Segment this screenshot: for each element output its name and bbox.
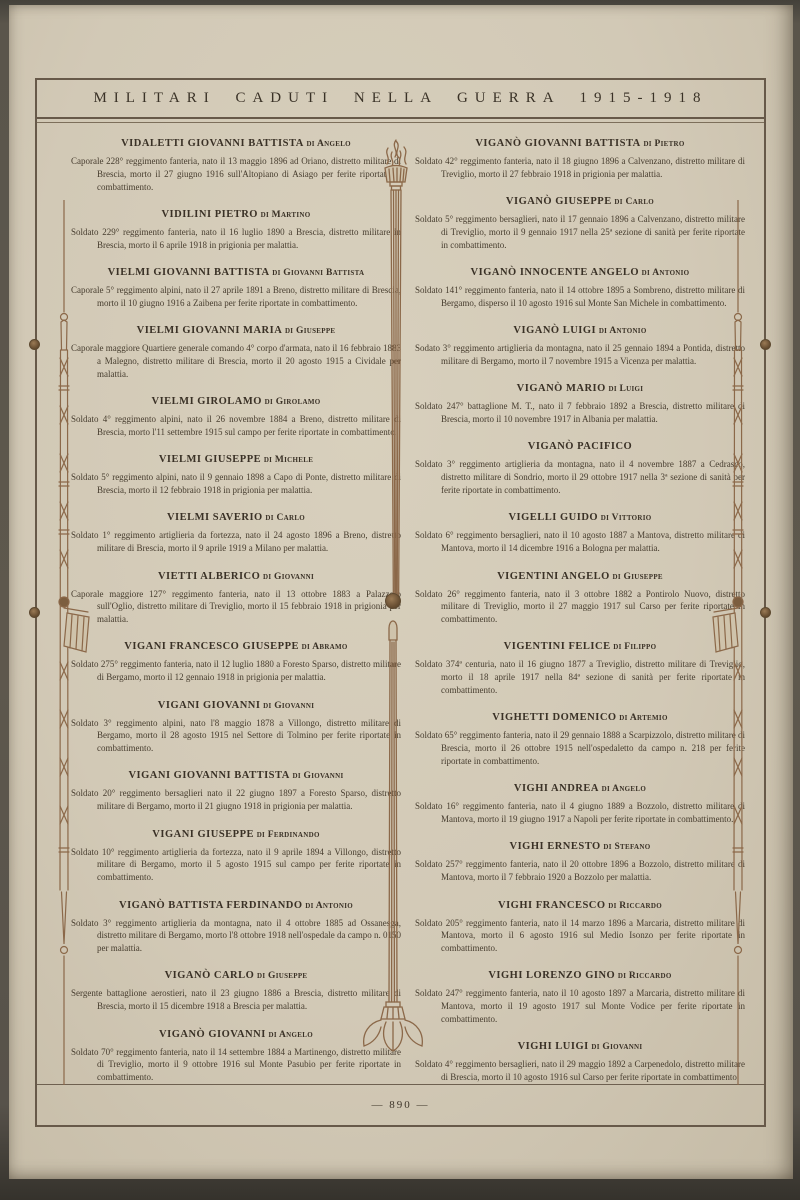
soldier-record: Soldato 3° reggimento artiglieria da mon… [415,458,745,496]
soldier-record: Soldato 20° reggimento bersaglieri nato … [71,787,401,813]
soldier-record: Sodato 3° reggimento artiglieria da mont… [415,342,745,368]
title-divider-rule [37,122,764,123]
casualty-entry: VIDILINI PIETRO di Martino Soldato 229° … [71,209,401,252]
rosette-icon [385,593,401,609]
casualty-entry: VIGENTINI ANGELO di Giuseppe Soldato 26°… [415,571,745,626]
soldier-record: Soldato 247° battaglione M. T., nato il … [415,400,745,426]
rosette-icon [760,607,771,618]
soldier-name: VIGENTINI FELICE di Filippo [415,641,745,652]
casualty-entry: VIGANÒ GIUSEPPE di Carlo Soldato 5° regg… [415,196,745,251]
soldier-name: VIGANÒ MARIO di Luigi [415,383,745,394]
casualty-entry: VIGANI FRANCESCO GIUSEPPE di Abramo Sold… [71,641,401,684]
soldier-record: Soldato 275° reggimento fanteria, nato i… [71,658,401,684]
soldier-name: VIELMI GIOVANNI MARIA di Giuseppe [71,325,401,336]
soldier-record: Soldato 65° reggimento fanteria, nato il… [415,729,745,767]
soldier-record: Soldato 205° reggimento fanteria, nato i… [415,917,745,955]
casualty-entry: VIGHI LUIGI di Giovanni Soldato 4° reggi… [415,1041,745,1084]
soldier-record: Soldato 141° reggimento fanteria, nato i… [415,284,745,310]
casualty-entry: VIGANI GIUSEPPE di Ferdinando Soldato 10… [71,829,401,884]
soldier-record: Soldato 4° reggimento bersaglieri, nato … [415,1058,745,1084]
soldier-record: Soldato 3° reggimento artiglieria da mon… [71,917,401,955]
casualty-entry: VIGANÒ PACIFICO Soldato 3° reggimento ar… [415,441,745,496]
casualty-entry: VIGHETTI DOMENICO di Artemio Soldato 65°… [415,712,745,767]
soldier-name: VIGANÒ GIUSEPPE di Carlo [415,196,745,207]
soldier-name: VIGENTINI ANGELO di Giuseppe [415,571,745,582]
soldier-record: Soldato 247° reggimento fanteria, nato i… [415,987,745,1025]
soldier-name: VIGANI GIOVANNI BATTISTA di Giovanni [71,770,401,781]
casualty-entry: VIGHI ANDREA di Angelo Soldato 16° reggi… [415,783,745,826]
soldier-name: VIGHETTI DOMENICO di Artemio [415,712,745,723]
casualty-entry: VIGELLI GUIDO di Vittorio Soldato 6° reg… [415,512,745,555]
soldier-name: VIGANÒ CARLO di Giuseppe [71,970,401,981]
soldier-record: Soldato 229° reggimento fanteria, nato i… [71,226,401,252]
soldier-name: VIGHI LORENZO GINO di Riccardo [415,970,745,981]
casualty-entry: VIGHI ERNESTO di Stefano Soldato 257° re… [415,841,745,884]
page-number: — 890 — [372,1099,430,1111]
soldier-name: VIETTI ALBERICO di Giovanni [71,571,401,582]
soldier-name: VIGELLI GUIDO di Vittorio [415,512,745,523]
soldier-record: Soldato 257° reggimento fanteria, nato i… [415,858,745,884]
casualty-entry: VIGANÒ GIOVANNI di Angelo Soldato 70° re… [71,1029,401,1084]
book-page: MILITARI CADUTI NELLA GUERRA 1915-1918 V… [9,5,793,1179]
soldier-name: VIGHI ANDREA di Angelo [415,783,745,794]
soldier-name: VIGANÒ BATTISTA FERDINANDO di Antonio [71,900,401,911]
casualty-entry: VIGANÒ CARLO di Giuseppe Sergente battag… [71,970,401,1013]
casualty-entry: VIGHI LORENZO GINO di Riccardo Soldato 2… [415,970,745,1025]
casualty-entry: VIGANÒ BATTISTA FERDINANDO di Antonio So… [71,900,401,955]
rosette-icon [760,339,771,350]
soldier-record: Soldato 5° reggimento alpini, nato il 9 … [71,471,401,497]
soldier-name: VIGANI FRANCESCO GIUSEPPE di Abramo [71,641,401,652]
soldier-record: Soldato 10° reggimento artiglieria da fo… [71,846,401,884]
soldier-name: VIGHI FRANCESCO di Riccardo [415,900,745,911]
soldier-record: Soldato 374ª centuria, nato il 16 giugno… [415,658,745,696]
casualty-entry: VIELMI GIOVANNI MARIA di Giuseppe Capora… [71,325,401,380]
soldier-record: Caporale maggiore 127° reggimento fanter… [71,588,401,626]
soldier-record: Caporale 5° reggimento alpini, nato il 2… [71,284,401,310]
casualty-entry: VIELMI GIOVANNI BATTISTA di Giovanni Bat… [71,267,401,310]
casualty-entry: VIGANÒ LUIGI di Antonio Sodato 3° reggim… [415,325,745,368]
soldier-name: VIGHI LUIGI di Giovanni [415,1041,745,1052]
casualty-entry: VIELMI SAVERIO di Carlo Soldato 1° reggi… [71,512,401,555]
soldier-record: Soldato 16° reggimento fanteria, nato il… [415,800,745,826]
soldier-name: VIELMI GIUSEPPE di Michele [71,454,401,465]
rosette-icon [29,339,40,350]
rosette-icon [29,607,40,618]
soldier-record: Soldato 3° reggimento alpini, nato l'8 m… [71,717,401,755]
casualty-entry: VIGENTINI FELICE di Filippo Soldato 374ª… [415,641,745,696]
page-footer: — 890 — [37,1084,764,1125]
right-column: VIGANÒ GIOVANNI BATTISTA di Pietro Solda… [415,138,745,1084]
soldier-record: Caporale maggiore Quartiere generale com… [71,342,401,380]
soldier-name: VIGANÒ GIOVANNI BATTISTA di Pietro [415,138,745,149]
soldier-name: VIDILINI PIETRO di Martino [71,209,401,220]
casualty-entry: VIGANI GIOVANNI BATTISTA di Giovanni Sol… [71,770,401,813]
soldier-name: VIGANI GIUSEPPE di Ferdinando [71,829,401,840]
casualty-entry: VIGANÒ MARIO di Luigi Soldato 247° batta… [415,383,745,426]
soldier-name: VIELMI GIROLAMO di Girolamo [71,396,401,407]
casualty-entry: VIELMI GIROLAMO di Girolamo Soldato 4° r… [71,396,401,439]
soldier-record: Sergente battaglione aerostieri, nato il… [71,987,401,1013]
soldier-name: VIGANÒ GIOVANNI di Angelo [71,1029,401,1040]
soldier-record: Soldato 4° reggimento alpini, nato il 26… [71,413,401,439]
casualty-entry: VIELMI GIUSEPPE di Michele Soldato 5° re… [71,454,401,497]
casualty-entry: VIGANÒ GIOVANNI BATTISTA di Pietro Solda… [415,138,745,181]
soldier-name: VIELMI GIOVANNI BATTISTA di Giovanni Bat… [71,267,401,278]
soldier-record: Soldato 70° reggimento fanteria, nato il… [71,1046,401,1084]
title-band: MILITARI CADUTI NELLA GUERRA 1915-1918 [37,80,764,119]
casualty-entry: VIGHI FRANCESCO di Riccardo Soldato 205°… [415,900,745,955]
soldier-record: Soldato 6° reggimento bersaglieri, nato … [415,529,745,555]
soldier-name: VIGHI ERNESTO di Stefano [415,841,745,852]
page-title: MILITARI CADUTI NELLA GUERRA 1915-1918 [93,90,707,107]
casualty-entry: VIETTI ALBERICO di Giovanni Caporale mag… [71,571,401,626]
photo-background: MILITARI CADUTI NELLA GUERRA 1915-1918 V… [0,0,800,1200]
soldier-record: Soldato 26° reggimento fanteria, nato il… [415,588,745,626]
casualty-entry: VIDALETTI GIOVANNI BATTISTA di Angelo Ca… [71,138,401,193]
soldier-record: Caporale 228° reggimento fanteria, nato … [71,155,401,193]
soldier-name: VIGANÒ INNOCENTE ANGELO di Antonio [415,267,745,278]
soldier-name: VIGANÒ PACIFICO [415,441,745,452]
left-column: VIDALETTI GIOVANNI BATTISTA di Angelo Ca… [71,138,401,1084]
soldier-name: VIGANI GIOVANNI di Giovanni [71,700,401,711]
soldier-record: Soldato 1° reggimento artiglieria da for… [71,529,401,555]
soldier-name: VIGANÒ LUIGI di Antonio [415,325,745,336]
casualty-entry: VIGANI GIOVANNI di Giovanni Soldato 3° r… [71,700,401,755]
soldier-name: VIELMI SAVERIO di Carlo [71,512,401,523]
soldier-record: Soldato 42° reggimento fanteria, nato il… [415,155,745,181]
casualty-entry: VIGANÒ INNOCENTE ANGELO di Antonio Solda… [415,267,745,310]
soldier-record: Soldato 5° reggimento bersaglieri, nato … [415,213,745,251]
soldier-name: VIDALETTI GIOVANNI BATTISTA di Angelo [71,138,401,149]
